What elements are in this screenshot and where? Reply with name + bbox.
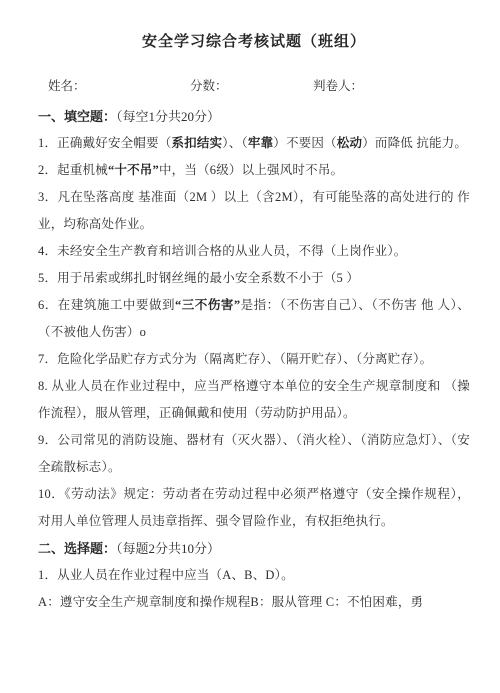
question-text: 5．用于吊索或绑扎时钢丝绳的最小安全系数不小于（5 ） [38,271,359,285]
question-text: 9．公司常见的消防设施、器材有（灭火器）、（消火栓）、（消防应急灯）、（安全疏散… [38,433,470,474]
question-item: 10．《劳动法》规定：劳动者在劳动过程中必须严格遵守（安全操作规程），对用人单位… [38,481,470,535]
answer-text: 松动 [337,136,362,150]
question-text: 1．从业人员在作业过程中应当（A、B、D）。 [38,568,294,582]
question-text: 3．凡在坠落高度 基准面（2M ）以上（含2M），有可能坠落的高处进行的 作业，… [38,190,470,231]
question-item: 9．公司常见的消防设施、器材有（灭火器）、（消火栓）、（消防应急灯）、（安全疏散… [38,427,470,481]
question-text: ）而降低 抗能力。 [362,136,467,150]
header-fields-row: 姓名： 分数： 判卷人： [38,76,470,96]
section-1-heading-note: （每空1分共20分） [116,109,220,124]
question-text: ）不要因（ [273,136,337,150]
name-field-label: 姓名： [48,76,190,96]
question-item: 8. 从业人员在作业过程中，应当严格遵守本单位的安全生产规章制度和 （操作流程）… [38,373,470,427]
question-text: 10．《劳动法》规定：劳动者在劳动过程中必须严格遵守（安全操作规程），对用人单位… [38,487,470,528]
question-item: 2．起重机械“十不吊”中，当（6级）以上强风时不吊。 [38,157,470,184]
question-text: 1．正确戴好安全帽要（ [38,136,171,150]
question-text: 8. 从业人员在作业过程中，应当严格遵守本单位的安全生产规章制度和 （操作流程）… [38,379,470,420]
question-options: A：遵守安全生产规章制度和操作规程B：服从管理 C：不怕困难，勇 [38,589,470,616]
question-text: ）、（ [222,136,248,150]
section-1-heading-label: 一、填空题： [38,109,116,124]
question-text: A：遵守安全生产规章制度和操作规程B：服从管理 C：不怕困难，勇 [38,595,423,609]
answer-text: “三不伤害” [175,298,240,312]
section-1-heading: 一、填空题：（每空1分共20分） [38,103,470,130]
question-text: 7．危险化学品贮存方式分为（隔离贮存）、（隔开贮存）、（分离贮存）。 [38,352,432,366]
exam-paper-page: 安全学习综合考核试题（班组） 姓名： 分数： 判卷人： 一、填空题：（每空1分共… [0,0,500,693]
question-item: 6．在建筑施工中要做到“三不伤害”是指：（不伤害自己）、（不伤害 他 人）、（不… [38,292,470,346]
question-item: 4．未经安全生产教育和培训合格的从业人员，不得（上岗作业）。 [38,238,470,265]
question-item: 3．凡在坠落高度 基准面（2M ）以上（含2M），有可能坠落的高处进行的 作业，… [38,184,470,238]
grader-field-label: 判卷人： [313,76,470,96]
answer-text: 牢靠 [248,136,273,150]
answer-text: “十不吊” [108,163,159,177]
question-text: 2．起重机械 [38,163,108,177]
question-text: 6．在建筑施工中要做到 [38,298,175,312]
question-item: 1．正确戴好安全帽要（系扣结实）、（牢靠）不要因（松动）而降低 抗能力。 [38,130,470,157]
question-item: 7．危险化学品贮存方式分为（隔离贮存）、（隔开贮存）、（分离贮存）。 [38,346,470,373]
page-title: 安全学习综合考核试题（班组） [38,32,470,52]
answer-text: 系扣结实 [171,136,222,150]
score-field-label: 分数： [190,76,313,96]
question-text: 中，当（6级）以上强风时不吊。 [159,163,343,177]
question-item: 1．从业人员在作业过程中应当（A、B、D）。 [38,562,470,589]
question-item: 5．用于吊索或绑扎时钢丝绳的最小安全系数不小于（5 ） [38,265,470,292]
multiple-choice-question-list: 1．从业人员在作业过程中应当（A、B、D）。 A：遵守安全生产规章制度和操作规程… [38,562,470,616]
question-text: 4．未经安全生产教育和培训合格的从业人员，不得（上岗作业）。 [38,244,407,258]
section-2-heading-note: （每题2分共10分） [116,541,220,556]
section-2-heading-label: 二、选择题： [38,541,116,556]
fill-blank-question-list: 1．正确戴好安全帽要（系扣结实）、（牢靠）不要因（松动）而降低 抗能力。 2．起… [38,130,470,535]
section-2-heading: 二、选择题：（每题2分共10分） [38,535,470,562]
